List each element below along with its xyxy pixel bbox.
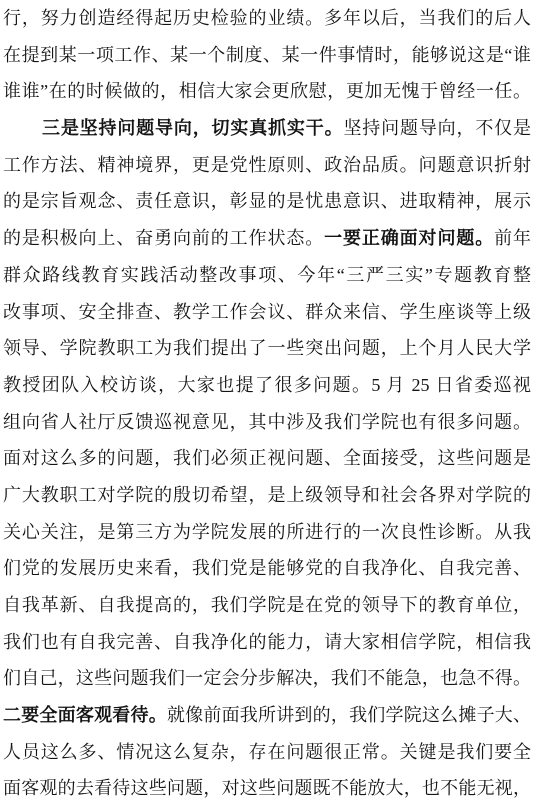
bold-heading-run: 三是坚持问题导向，切实真抓实干。 <box>42 118 343 138</box>
text-line: 自我革新、自我提高的，我们学院是在党的领导下的教育单位， <box>3 587 531 624</box>
text-line: 二要全面客观看待。就像前面我所讲到的，我们学院这么摊子大、 <box>3 697 531 734</box>
text-segment: 面对这么多的问题，我们必须正视问题、全面接受，这些问题是 <box>3 448 531 468</box>
text-segment: 我们也有自我完善、自我净化的能力，请大家相信学院，相信我 <box>3 632 531 652</box>
text-segment: 们自己，这些问题我们一定会分步解决，我们不能急，也急不得。 <box>3 668 531 688</box>
text-segment: 领导、学院教职工为我们提出了一些突出问题，上个月人民大学 <box>3 338 531 358</box>
text-segment: 的是宗旨观念、责任意识，彰显的是忧患意识、进取精神，展示 <box>3 191 531 211</box>
text-line: 工作方法、精神境界，更是党性原则、政治品质。问题意识折射 <box>3 147 531 184</box>
text-line: 面客观的去看待这些问题，对这些问题既不能放大，也不能无视， <box>3 770 531 807</box>
text-segment: 们党的发展历史来看，我们党是能够党的自我净化、自我完善、 <box>3 558 531 578</box>
text-segment: 行，努力创造经得起历史检验的业绩。多年以后，当我们的后人 <box>3 8 531 28</box>
text-segment: 坚持问题导向，不仅是 <box>343 118 531 138</box>
text-line: 的是宗旨观念、责任意识，彰显的是忧患意识、进取精神，展示 <box>3 183 531 220</box>
text-segment: 谁谁”在的时候做的，相信大家会更欣慰，更加无愧于曾经一任。 <box>3 81 531 101</box>
text-line: 人员这么多、情况这么复杂，存在问题很正常。关键是我们要全 <box>3 734 531 771</box>
text-segment: 广大教职工对学院的殷切希望，是上级领导和社会各界对学院的 <box>3 485 531 505</box>
bold-heading-run: 二要全面客观看待。 <box>3 705 167 725</box>
text-line: 行，努力创造经得起历史检验的业绩。多年以后，当我们的后人 <box>3 0 531 37</box>
text-segment: 组向省人社厅反馈巡视意见，其中涉及我们学院也有很多问题。 <box>3 412 531 432</box>
text-line: 改事项、安全排查、教学工作会议、群众来信、学生座谈等上级 <box>3 294 531 331</box>
text-segment: 工作方法、精神境界，更是党性原则、政治品质。问题意识折射 <box>3 155 531 175</box>
text-segment: 改事项、安全排查、教学工作会议、群众来信、学生座谈等上级 <box>3 302 531 322</box>
text-line: 群众路线教育实践活动整改事项、今年“三严三实”专题教育整 <box>3 257 531 294</box>
text-segment: 自我革新、自我提高的，我们学院是在党的领导下的教育单位， <box>3 595 531 615</box>
text-line: 我们也有自我完善、自我净化的能力，请大家相信学院，相信我 <box>3 624 531 661</box>
text-line: 组向省人社厅反馈巡视意见，其中涉及我们学院也有很多问题。 <box>3 404 531 441</box>
text-line: 在提到某一项工作、某一个制度、某一件事情时，能够说这是“谁 <box>3 37 531 74</box>
text-line: 们党的发展历史来看，我们党是能够党的自我净化、自我完善、 <box>3 550 531 587</box>
text-line: 教授团队入校访谈，大家也提了很多问题。5 月 25 日省委巡视 <box>3 367 531 404</box>
text-line: 们自己，这些问题我们一定会分步解决，我们不能急，也急不得。 <box>3 660 531 697</box>
bold-heading-run: 一要正确面对问题。 <box>324 228 494 248</box>
text-line: 面对这么多的问题，我们必须正视问题、全面接受，这些问题是 <box>3 440 531 477</box>
text-line: 谁谁”在的时候做的，相信大家会更欣慰，更加无愧于曾经一任。 <box>3 73 531 110</box>
text-segment: 面客观的去看待这些问题，对这些问题既不能放大，也不能无视， <box>3 778 531 798</box>
text-segment: 关心关注，是第三方为学院发展的所进行的一次良性诊断。从我 <box>3 522 531 542</box>
document-text: 行，努力创造经得起历史检验的业绩。多年以后，当我们的后人在提到某一项工作、某一个… <box>3 0 531 807</box>
text-segment: 群众路线教育实践活动整改事项、今年“三严三实”专题教育整 <box>3 265 531 285</box>
text-line: 广大教职工对学院的殷切希望，是上级领导和社会各界对学院的 <box>3 477 531 514</box>
text-segment: 教授团队入校访谈，大家也提了很多问题。5 月 25 日省委巡视 <box>3 375 531 395</box>
text-segment: 人员这么多、情况这么复杂，存在问题很正常。关键是我们要全 <box>3 742 531 762</box>
text-line: 领导、学院教职工为我们提出了一些突出问题，上个月人民大学 <box>3 330 531 367</box>
text-segment: 的是积极向上、奋勇向前的工作状态。 <box>3 228 324 248</box>
text-segment: 在提到某一项工作、某一个制度、某一件事情时，能够说这是“谁 <box>3 45 531 65</box>
document-page: 行，努力创造经得起历史检验的业绩。多年以后，当我们的后人在提到某一项工作、某一个… <box>0 0 534 808</box>
text-line: 关心关注，是第三方为学院发展的所进行的一次良性诊断。从我 <box>3 514 531 551</box>
text-line: 三是坚持问题导向，切实真抓实干。坚持问题导向，不仅是 <box>3 110 531 147</box>
text-segment: 前年 <box>494 228 531 248</box>
text-line: 的是积极向上、奋勇向前的工作状态。一要正确面对问题。前年 <box>3 220 531 257</box>
text-segment: 就像前面我所讲到的，我们学院这么摊子大、 <box>167 705 531 725</box>
